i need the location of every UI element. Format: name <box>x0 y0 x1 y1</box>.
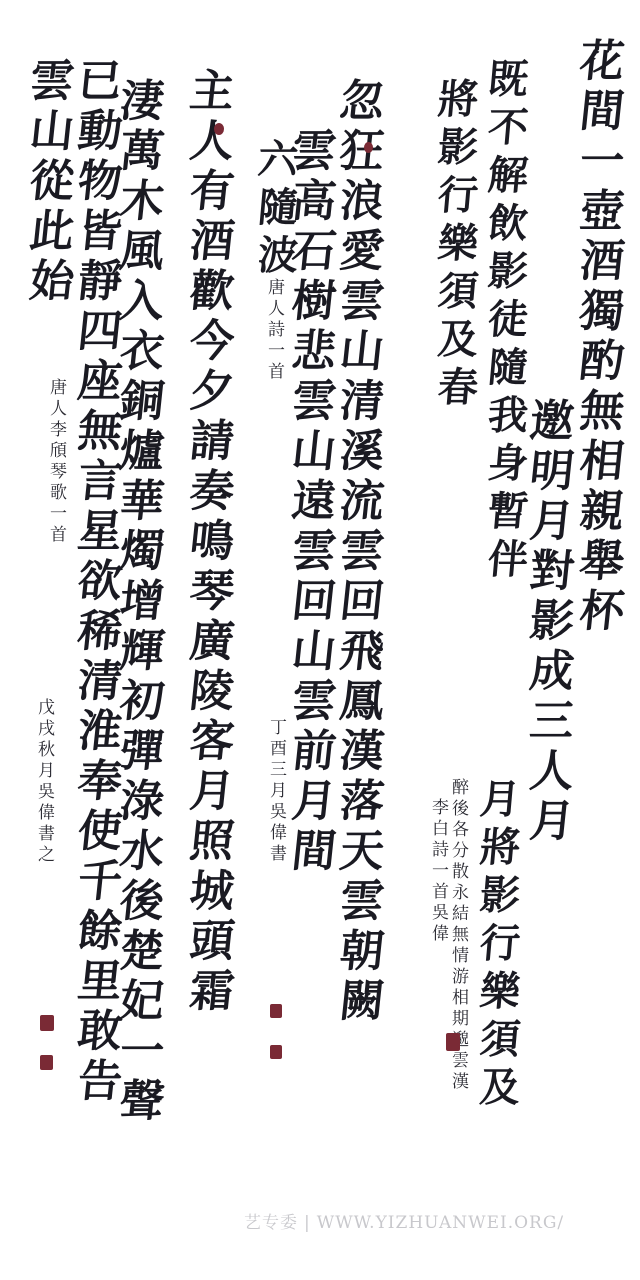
seal-right <box>446 1033 460 1051</box>
right-col-4: 將影行樂須及春 <box>438 80 478 416</box>
right-col-2: 邀明月對影成三人月 <box>530 400 574 850</box>
watermark: 艺专委|WWW.YIZHUANWEI.ORG/ <box>244 1208 564 1233</box>
right-col-5: 月將影行樂須及 <box>480 780 520 1116</box>
right-col-3: 既不解飲影徒隨我身暫伴 <box>488 60 528 588</box>
left-col-3: 已動物皆靜四座無言星欲稀清淮奉使千餘里敢告 <box>78 60 122 1110</box>
seal-middle-2 <box>270 1045 282 1059</box>
watermark-url: WWW.YIZHUANWEI.ORG/ <box>317 1213 564 1233</box>
left-col-4: 雲山從此始 <box>30 60 74 310</box>
seal-left-1 <box>40 1015 54 1031</box>
watermark-brand: 艺专委 <box>244 1213 298 1233</box>
watermark-separator: | <box>304 1213 311 1233</box>
left-col-1: 主人有酒歡今夕請奏鳴琴廣陵客月照城頭霜 <box>190 70 234 1020</box>
left-signature: 戊戌秋月吳偉書之 <box>38 700 55 868</box>
seal-middle-top <box>364 142 373 153</box>
middle-col-1: 忽狂浪愛雲山清溪流雲回飛鳳漢落天雲朝闕 <box>340 80 384 1030</box>
middle-inscription: 唐人詩一首 <box>268 280 285 385</box>
middle-signature: 丁酉三月吳偉書 <box>270 720 287 867</box>
left-col-2: 淒萬木風入衣銅爐華燭增輝初彈淥水後楚妃一聲 <box>120 80 164 1130</box>
right-signature: 李白詩一首吳偉 <box>432 800 449 947</box>
seal-left-2 <box>40 1055 53 1070</box>
right-col-1: 花間一壺酒獨酌無相親舉杯 <box>580 40 624 640</box>
left-inscription: 唐人李頎琴歌一首 <box>50 380 67 548</box>
middle-col-3: 六隨波 <box>258 140 298 284</box>
seal-left-top <box>214 123 224 135</box>
seal-middle-1 <box>270 1004 282 1018</box>
